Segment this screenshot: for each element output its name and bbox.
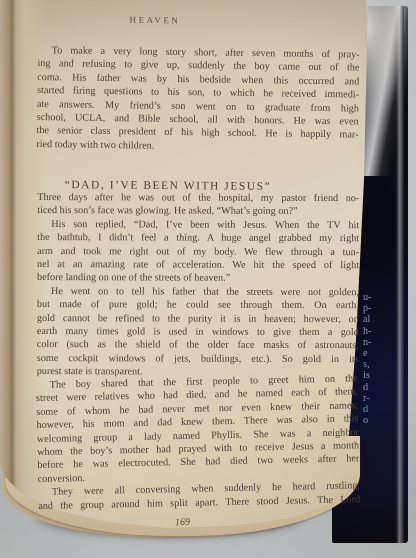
paragraph: To make a very long story short, after s… (36, 44, 359, 156)
paragraph: Three days after he was out of the hospi… (37, 191, 359, 219)
paragraph: They were all conversing when suddenly h… (38, 479, 360, 513)
text-line: His son replied, “Dad, I’ve been with Je… (37, 218, 359, 233)
book-page-photo: u-p-alh-n-es,isdr-do HEAVEN To make a ve… (0, 0, 416, 558)
text-line: before landing on one of the streets of … (37, 271, 359, 286)
text-line: color (such as the shield of the older f… (37, 338, 359, 353)
text-line: Three days after he was out of the hospi… (37, 191, 359, 206)
jacket-edge-highlight (396, 6, 404, 543)
text-line: He went on to tell his father that the s… (37, 285, 359, 300)
paragraph: The boy shared that the first people to … (36, 372, 360, 486)
paragraph-group-top: To make a very long story short, after s… (36, 44, 359, 156)
page-number: 169 (175, 517, 191, 529)
paragraph-group-bottom: The boy shared that the first people to … (36, 372, 361, 513)
page-text-layer: HEAVEN To make a very long story short, … (0, 0, 370, 530)
text-line: the bathtub, I didn’t feel a thing. A hu… (37, 231, 359, 246)
text-line: earth many times gold is used in windows… (37, 325, 359, 340)
paragraph: He went on to tell his father that the s… (37, 285, 359, 380)
text-line: arm and took me right out of my body. We… (37, 245, 359, 260)
text-line: some cockpit windows of jets, buildings,… (37, 352, 359, 367)
text-line: ticed his son’s face was glowing. He ask… (37, 204, 359, 219)
text-line: nel at an amazing rate of acceleration. … (37, 258, 359, 273)
paragraph: His son replied, “Dad, I’ve been with Je… (37, 218, 359, 286)
text-line: but made of pure gold; he could see thro… (37, 298, 359, 313)
paragraph-group-middle: Three days after he was out of the hospi… (37, 191, 360, 380)
running-head: HEAVEN (30, 13, 280, 26)
text-line: gold cannot be refined to the purity it … (37, 312, 359, 327)
